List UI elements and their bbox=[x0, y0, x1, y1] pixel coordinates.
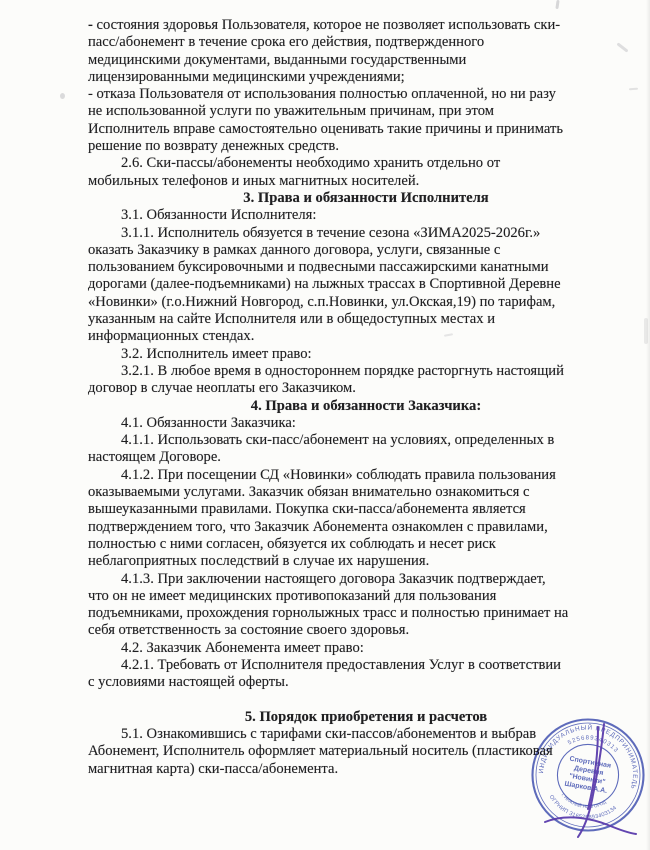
scan-artifact bbox=[555, 0, 559, 9]
scanned-document-page: { "colors": { "ink": "#1f1f21", "paper":… bbox=[0, 0, 650, 850]
paragraph: 4.1.2. При посещении СД «Новинки» соблюд… bbox=[88, 467, 644, 571]
stamp-seal: ИНДИВИДУАЛЬНЫЙ ПРЕДПРИНИМАТЕЛЬ 525689340… bbox=[513, 700, 650, 850]
paragraph: 4.1.1. Использовать ски-пасс/абонемент н… bbox=[88, 432, 644, 467]
scan-artifact bbox=[60, 93, 65, 99]
paragraph: - состояния здоровья Пользователя, котор… bbox=[88, 17, 644, 86]
section-heading: 3. Права и обязанности Исполнителя bbox=[88, 190, 644, 207]
paragraph: 4.2. Заказчик Абонемента имеет право: bbox=[88, 640, 644, 657]
bold-dash: - bbox=[88, 17, 93, 33]
section-heading: 4. Права и обязанности Заказчика: bbox=[88, 398, 644, 415]
paragraph: 4.1. Обязанности Заказчика: bbox=[88, 415, 644, 432]
paragraph: 4.2.1. Требовать от Исполнителя предоста… bbox=[88, 657, 644, 692]
paragraph: 3.1.1. Исполнитель обязуется в течение с… bbox=[88, 225, 644, 346]
paragraph: 3.2.1. В любое время в одностороннем пор… bbox=[88, 363, 644, 398]
paragraph: - отказа Пользователя от использования п… bbox=[88, 86, 644, 155]
stamp-center-text: Спортивная Деревня "Новинки" Шарков А.А. bbox=[564, 755, 612, 795]
stamp-area: ИНДИВИДУАЛЬНЫЙ ПРЕДПРИНИМАТЕЛЬ 525689340… bbox=[513, 700, 650, 850]
paper-background: - состояния здоровья Пользователя, котор… bbox=[0, 0, 650, 850]
document-text: - состояния здоровья Пользователя, котор… bbox=[88, 17, 644, 778]
paragraph: 3.2. Исполнитель имеет право: bbox=[88, 346, 644, 363]
paragraph: 3.1. Обязанности Исполнителя: bbox=[88, 207, 644, 224]
paragraph: 4.1.3. При заключении настоящего договор… bbox=[88, 571, 644, 640]
paragraph: 2.6. Ски-пассы/абонементы необходимо хра… bbox=[88, 155, 644, 190]
